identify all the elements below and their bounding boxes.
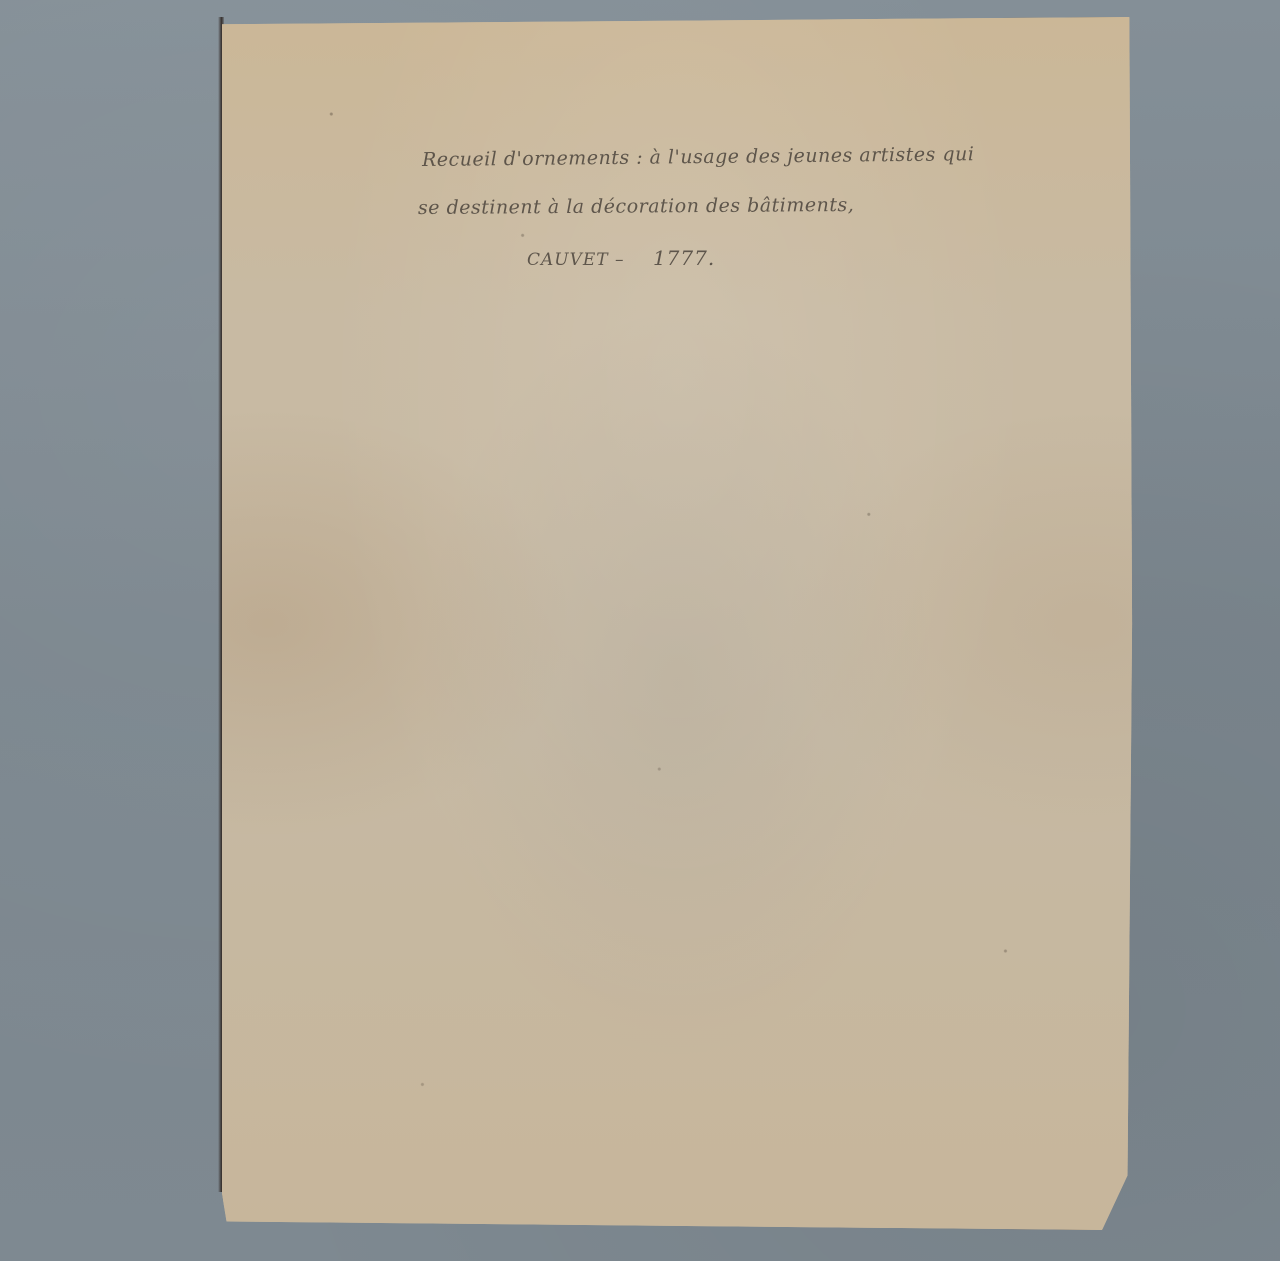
inscription-author-date: CAUVET – 1777. xyxy=(527,246,715,270)
paper-sheet: Recueil d'ornements : à l'usage des jeun… xyxy=(222,17,1133,1230)
handwritten-inscription: Recueil d'ornements : à l'usage des jeun… xyxy=(222,17,1133,1230)
inscription-line-1: Recueil d'ornements : à l'usage des jeun… xyxy=(422,143,975,171)
inscription-line-2: se destinent à la décoration des bâtimen… xyxy=(418,194,854,219)
inscription-author: CAUVET xyxy=(527,250,609,270)
inscription-date: 1777. xyxy=(653,246,715,270)
inscription-separator: – xyxy=(615,250,625,270)
